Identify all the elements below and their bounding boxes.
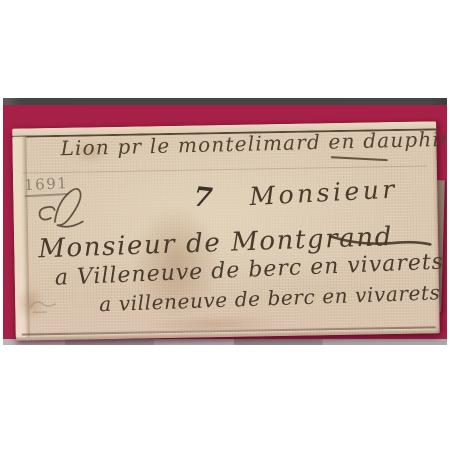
photo-background: Lion pr le montelimard en dauphiné 1691 … — [3, 98, 447, 345]
photo-bottom-band — [3, 339, 447, 345]
ink-dash-flourish-mark — [328, 231, 432, 251]
dauphine-underline-mark — [331, 156, 388, 161]
folded-letter: Lion pr le montelimard en dauphiné 1691 … — [12, 121, 440, 340]
photo-top-band — [3, 98, 447, 105]
fold-crease-faint — [23, 165, 427, 173]
paraph-flourish-mark — [36, 183, 101, 230]
faint-pencil-mark — [28, 298, 64, 317]
postal-rate-mark: 7 — [192, 182, 214, 215]
salutation-line: Monsieur — [249, 174, 399, 211]
